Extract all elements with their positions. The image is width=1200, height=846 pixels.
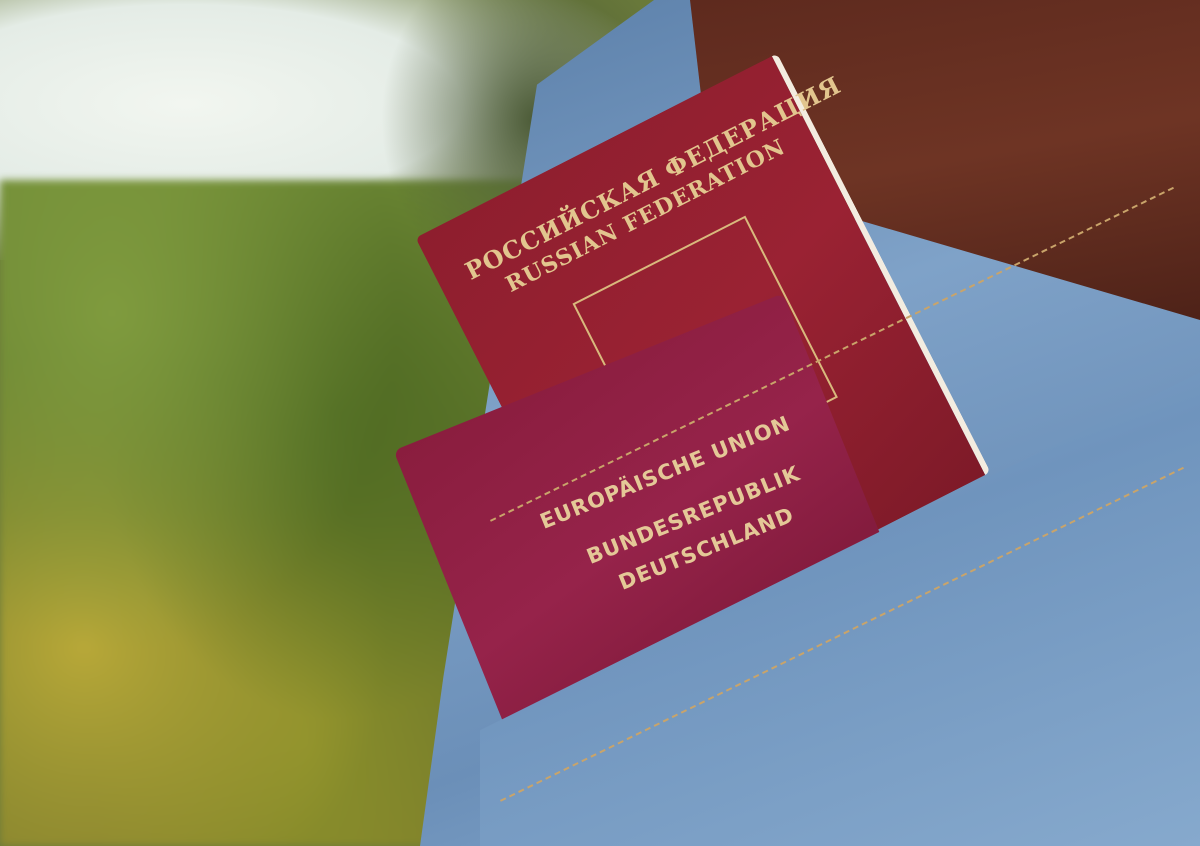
photo-scene: РОССИЙСКАЯ ФЕДЕРАЦИЯ RUSSIAN FEDERATION …	[0, 0, 1200, 846]
